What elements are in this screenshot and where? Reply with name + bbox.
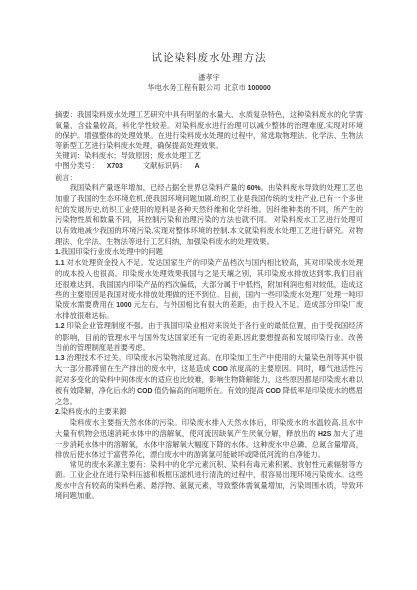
clc-value: X703 [107, 163, 123, 170]
section-heading-1: 1.我国印染行业废水处理中的问题 [55, 247, 363, 258]
page-title: 试论染料废水处理方法 [55, 52, 363, 66]
author: 潘孝宇 [55, 73, 363, 83]
paragraph-1-3: 1.3 治理技术不过关。印染废水污染物浓度过高。在印染加工生产中使用的大量染色剂… [55, 353, 363, 407]
classification-line: 中图分类号：X703文献标识码：A [55, 161, 363, 172]
doc-code-value: A [195, 163, 200, 170]
keywords-line: 关键词：染料废水；导致原因；废水处理工艺 [55, 151, 363, 161]
paragraph-2-2: 常见的废水来源主要有：染料中的化学元素沉积、染料有毒元素积累、放射性元素辐射等方… [55, 460, 363, 501]
clc-label: 中图分类号： [55, 161, 99, 170]
paragraph-1-1: 1.1 对水处理资金投入不足。发达国家生产的印染产品档次与国内相比较高，其对印染… [55, 258, 363, 321]
paragraph-intro: 我国染料产量逐年增加，已经占据全世界总染料产量的 60%。由染料废水导致的处理工… [55, 183, 363, 247]
paragraph-1-2: 1.2 印染企业管理制度不强。由于我国印染业相对来说处于各行业的最低位置，由于受… [55, 321, 363, 353]
document-page: 试论染料废水处理方法 潘孝宇 华电水务工程有限公司 北京市 100000 摘要：… [0, 0, 417, 590]
section-heading-2: 2.染料废水的主要来源 [55, 407, 363, 418]
document-content: 试论染料废水处理方法 潘孝宇 华电水务工程有限公司 北京市 100000 摘要：… [55, 52, 363, 501]
paragraph-2-1: 染料废水主要指天然水体的污染。印染废水排入天然水体后，印染废水的水温较高,且水中… [55, 418, 363, 460]
affiliation: 华电水务工程有限公司 北京市 100000 [55, 83, 363, 94]
doc-code-label: 文献标识码： [143, 161, 187, 170]
abstract: 摘要：我国染料废水处理工艺研究中具有明显的水量大、水质复杂特色，这种染料废水的化… [55, 110, 363, 151]
preface-label: 前言： [55, 173, 363, 183]
